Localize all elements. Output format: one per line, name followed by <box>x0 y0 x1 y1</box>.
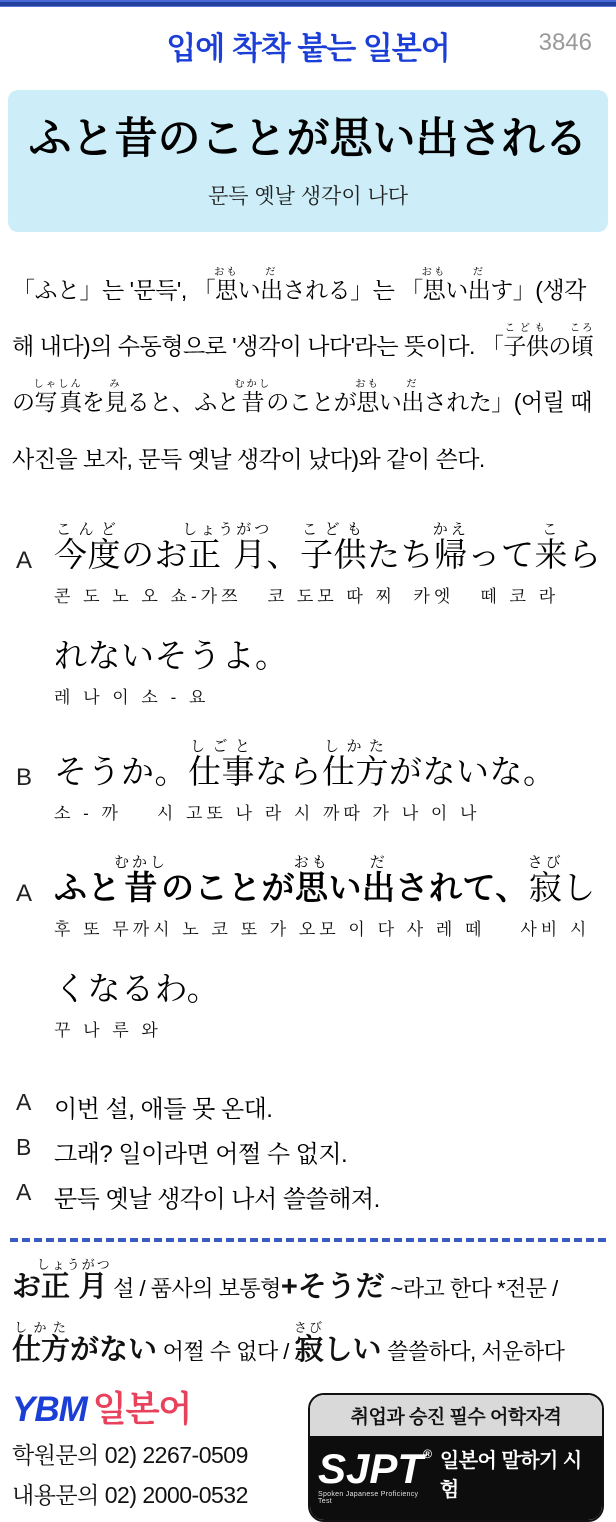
ybm-logo-text: YBM <box>12 1390 87 1429</box>
dialog-line-1: A 今度こんどのお正月しょうがつ、子供こどもたち帰かえって来こら 콘 도 노 오… <box>10 521 606 607</box>
dialog-pronunciation: 꾸 나 루 와 <box>54 1016 606 1041</box>
dialog-line-1-continued: れないそうよ。 레 나 이 소 - 요 <box>10 637 606 708</box>
ybm-japanese-label: 일본어 <box>93 1390 191 1429</box>
dialog-line-2: B そうか。仕事しごとなら仕方しかたがないな。 소 - 까 시 고또 나 라 시… <box>10 738 606 824</box>
phrase-title-card: ふと昔のことが思い出される 문득 옛날 생각이 나다 <box>8 90 608 232</box>
page-footer: YBM일본어 학원문의 02) 2267-0509 내용문의 02) 2000-… <box>12 1391 604 1522</box>
sjpt-badge-tagline: 취업과 승진 필수 어학자격 <box>310 1395 602 1436</box>
speaker-label: B <box>10 1134 54 1169</box>
dialog-japanese: ふと昔むかしのことが思おもい出だされて、寂さびし <box>54 854 606 907</box>
translation-text: 이번 설, 애들 못 온대. <box>54 1089 272 1124</box>
translation-line-3: A 문득 옛날 생각이 나서 쓸쓸해져. <box>10 1179 606 1214</box>
content-phone: 내용문의 02) 2000-0532 <box>12 1477 308 1510</box>
vocabulary-section: お正月しょうがつ 설 / 품사의 보통형+そうだ ~라고 한다 *전문 / 仕方… <box>12 1256 604 1384</box>
explanation-paragraph: 「ふと」는 '문득', 「思おもい出だされる」는 「思おもい出だす」(생각해 내… <box>12 262 604 487</box>
dialogue-section: A 今度こんどのお正月しょうがつ、子供こどもたち帰かえって来こら 콘 도 노 오… <box>10 521 606 1041</box>
translation-line-2: B 그래? 일이라면 어쩔 수 없지. <box>10 1134 606 1169</box>
speaker-label: B <box>10 738 54 824</box>
speaker-label <box>10 970 54 1041</box>
dashed-divider <box>10 1238 606 1242</box>
sjpt-logo: SJPT® <box>318 1445 432 1492</box>
speaker-label: A <box>10 1089 54 1124</box>
registered-mark: ® <box>423 1447 432 1461</box>
dialog-line-3-continued: くなるわ。 꾸 나 루 와 <box>10 970 606 1041</box>
dialog-japanese: れないそうよ。 <box>54 637 606 675</box>
issue-number: 3846 <box>539 29 592 57</box>
translation-section: A 이번 설, 애들 못 온대. B 그래? 일이라면 어쩔 수 없지. A 문… <box>10 1089 606 1214</box>
translation-text: 문득 옛날 생각이 나서 쓸쓸해져. <box>54 1179 380 1214</box>
dialog-japanese: くなるわ。 <box>54 970 606 1008</box>
japanese-phrase-title: ふと昔のことが思い出される <box>16 114 600 166</box>
dialog-japanese: そうか。仕事しごとなら仕方しかたがないな。 <box>54 738 606 791</box>
dialog-pronunciation: 후 또 무까시 노 코 또 가 오모 이 다 사 레 떼 사비 시 <box>54 915 606 940</box>
ybm-logo: YBM일본어 <box>12 1391 308 1430</box>
korean-phrase-subtitle: 문득 옛날 생각이 나다 <box>16 180 600 210</box>
speaker-label: A <box>10 854 54 940</box>
top-accent-bar <box>0 0 616 7</box>
dialog-pronunciation: 레 나 이 소 - 요 <box>54 683 606 708</box>
speaker-label: A <box>10 1179 54 1214</box>
sjpt-logo-subtext: Spoken Japanese Proficiency Test <box>318 1491 432 1505</box>
dialog-pronunciation: 콘 도 노 오 쇼-가쯔 코 도모 따 찌 카엣 떼 코 라 <box>54 582 606 607</box>
sjpt-exam-label: 일본어 말하기 시험 <box>440 1444 594 1508</box>
dialog-line-3: A ふと昔むかしのことが思おもい出だされて、寂さびし 후 또 무까시 노 코 또… <box>10 854 606 940</box>
page-header: 입에 착착 붙는 일본어 3846 <box>0 7 616 80</box>
speaker-label: A <box>10 521 54 607</box>
translation-text: 그래? 일이라면 어쩔 수 없지. <box>54 1134 347 1169</box>
translation-line-1: A 이번 설, 애들 못 온대. <box>10 1089 606 1124</box>
sjpt-badge: 취업과 승진 필수 어학자격 SJPT® Spoken Japanese Pro… <box>308 1393 604 1522</box>
dialog-pronunciation: 소 - 까 시 고또 나 라 시 까따 가 나 이 나 <box>54 799 606 824</box>
academy-phone: 학원문의 02) 2267-0509 <box>12 1437 308 1470</box>
page-title: 입에 착착 붙는 일본어 <box>166 31 449 66</box>
dialog-japanese: 今度こんどのお正月しょうがつ、子供こどもたち帰かえって来こら <box>54 521 606 574</box>
speaker-label <box>10 637 54 708</box>
